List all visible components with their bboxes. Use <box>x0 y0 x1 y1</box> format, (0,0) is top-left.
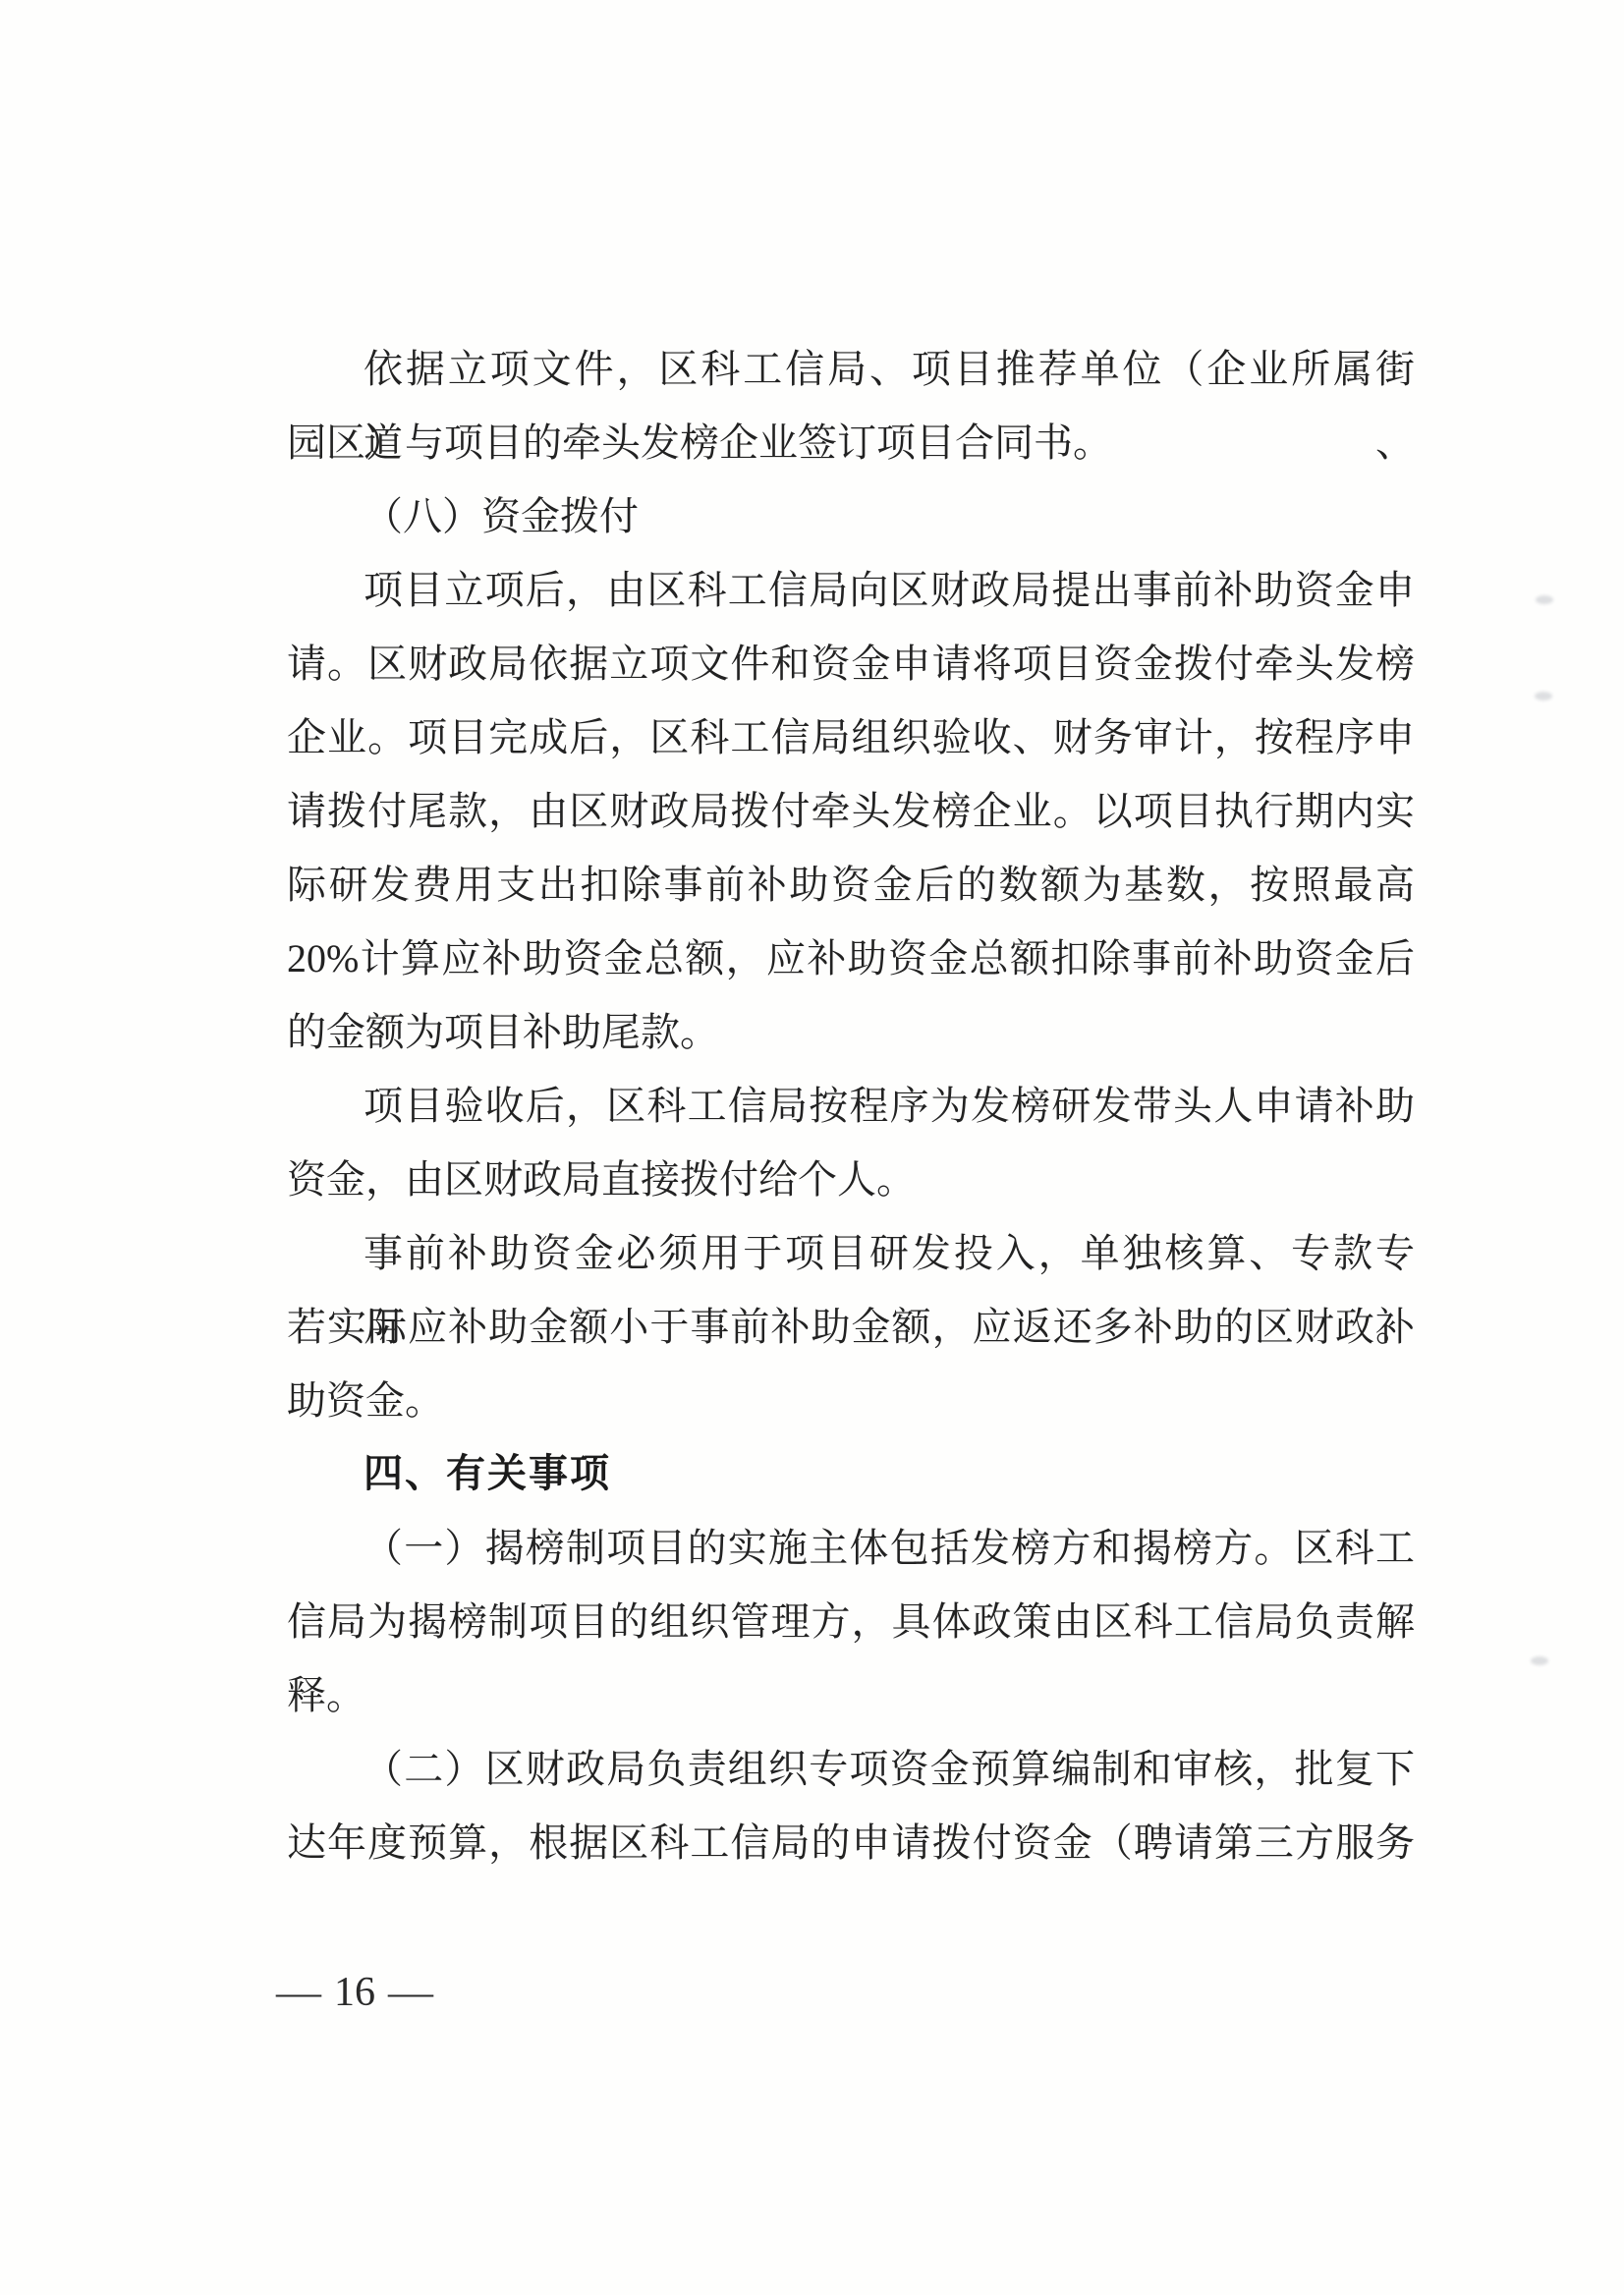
scan-smudge <box>1535 692 1552 700</box>
text-line: 依据立项文件，区科工信局、项目推荐单位（企业所属街道、 <box>287 332 1415 406</box>
text-line: 企业。项目完成后，区科工信局组织验收、财务审计，按程序申 <box>287 700 1415 774</box>
page-footer: — 16 — <box>279 1967 430 2018</box>
text-line: （八）资金拨付 <box>287 479 1415 553</box>
text-line: 的金额为项目补助尾款。 <box>287 995 1415 1069</box>
section-heading: 四、有关事项 <box>287 1437 1415 1511</box>
text-line: 资金，由区财政局直接拨付给个人。 <box>287 1143 1415 1216</box>
text-line: 事前补助资金必须用于项目研发投入，单独核算、专款专用。 <box>287 1216 1415 1290</box>
text-line: 若实际应补助金额小于事前补助金额，应返还多补助的区财政补 <box>287 1290 1415 1364</box>
text-line: 助资金。 <box>287 1364 1415 1437</box>
text-line: 项目立项后，由区科工信局向区财政局提出事前补助资金申 <box>287 553 1415 627</box>
scan-smudge <box>1531 1656 1548 1665</box>
text-line: 达年度预算，根据区科工信局的申请拨付资金（聘请第三方服务 <box>287 1806 1415 1879</box>
text-line: （一）揭榜制项目的实施主体包括发榜方和揭榜方。区科工 <box>287 1511 1415 1585</box>
text-line: 释。 <box>287 1658 1415 1732</box>
text-line: 际研发费用支出扣除事前补助资金后的数额为基数，按照最高 <box>287 848 1415 922</box>
text-line: 20%计算应补助资金总额，应补助资金总额扣除事前补助资金后 <box>287 922 1415 995</box>
text-line: 项目验收后，区科工信局按程序为发榜研发带头人申请补助 <box>287 1069 1415 1143</box>
document-page: 依据立项文件，区科工信局、项目推荐单位（企业所属街道、 园区）与项目的牵头发榜企… <box>0 0 1624 2295</box>
page-number: 16 <box>334 1967 375 2018</box>
text-line: 请拨付尾款，由区财政局拨付牵头发榜企业。以项目执行期内实 <box>287 774 1415 848</box>
footer-dash-right: — <box>388 1967 433 2018</box>
text-line: （二）区财政局负责组织专项资金预算编制和审核，批复下 <box>287 1732 1415 1806</box>
text-line: 请。区财政局依据立项文件和资金申请将项目资金拨付牵头发榜 <box>287 627 1415 700</box>
footer-dash-left: — <box>276 1967 321 2018</box>
document-body: 依据立项文件，区科工信局、项目推荐单位（企业所属街道、 园区）与项目的牵头发榜企… <box>287 332 1415 1879</box>
text-line: 信局为揭榜制项目的组织管理方，具体政策由区科工信局负责解 <box>287 1585 1415 1658</box>
scan-smudge <box>1536 595 1553 604</box>
